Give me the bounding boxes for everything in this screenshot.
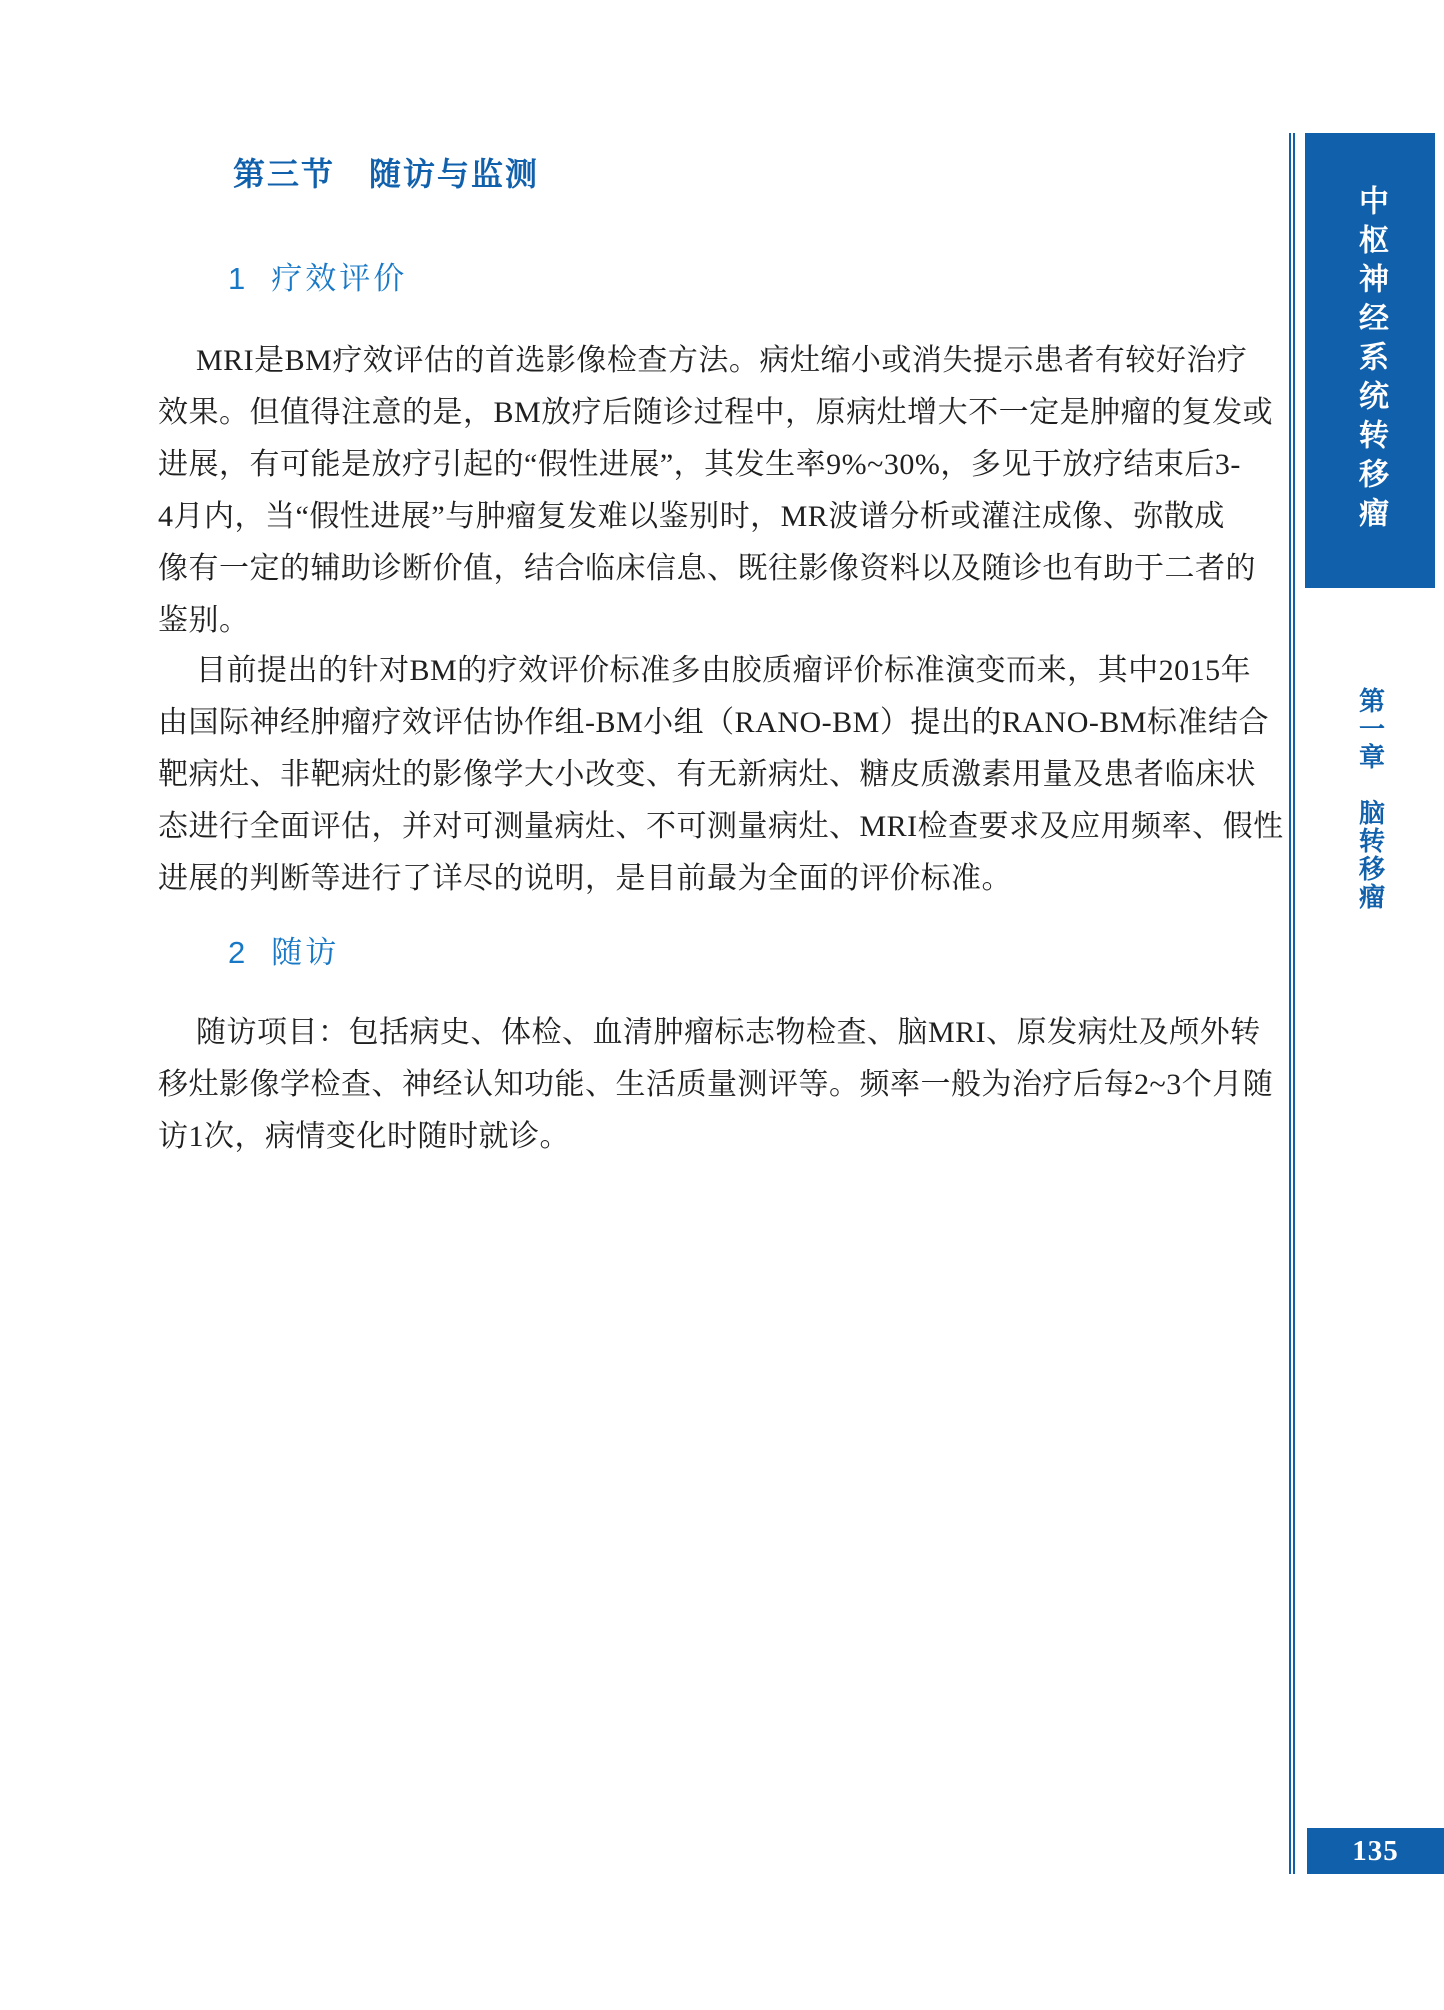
paragraph-line: MRI是BM疗效评估的首选影像检查方法。病灶缩小或消失提示患者有较好治疗 <box>158 343 1296 379</box>
subsection-label: 随访 <box>271 936 339 970</box>
chapter-label-text: 第一章 脑转移瘤 <box>1352 687 1389 912</box>
document-page: 第三节 随访与监测 1疗效评价 MRI是BM疗效评估的首选影像检查方法。病灶缩小… <box>0 0 1444 2010</box>
section-title: 第三节 随访与监测 <box>233 156 539 192</box>
subsection-number: 2 <box>228 936 245 970</box>
sidebar-part-tab: 中枢神经系统转移瘤 <box>1305 133 1435 588</box>
subsection-heading-1: 1疗效评价 <box>228 262 407 296</box>
page-number: 135 <box>1352 1835 1399 1868</box>
margin-rule <box>1289 133 1295 1874</box>
paragraph-line: 进展，有可能是放疗引起的“假性进展”，其发生率9%~30%，多见于放疗结束后3- <box>158 447 1258 483</box>
paragraph-line: 进展的判断等进行了详尽的说明，是目前最为全面的评价标准。 <box>158 861 1258 897</box>
sidebar-part-label: 中枢神经系统转移瘤 <box>1348 185 1392 536</box>
page-number-box: 135 <box>1307 1828 1444 1874</box>
paragraph-line: 4月内，当“假性进展”与肿瘤复发难以鉴别时，MR波谱分析或灌注成像、弥散成 <box>158 499 1258 535</box>
paragraph-line: 目前提出的针对BM的疗效评价标准多由胶质瘤评价标准演变而来，其中2015年 <box>158 653 1296 689</box>
paragraph-line: 由国际神经肿瘤疗效评估协作组-BM小组（RANO-BM）提出的RANO-BM标准… <box>158 705 1258 741</box>
subsection-heading-2: 2随访 <box>228 936 339 970</box>
sidebar-chapter-label: 第一章 脑转移瘤 <box>1305 687 1435 912</box>
paragraph-line: 效果。但值得注意的是，BM放疗后随诊过程中，原病灶增大不一定是肿瘤的复发或 <box>158 395 1258 431</box>
paragraph-line: 态进行全面评估，并对可测量病灶、不可测量病灶、MRI检查要求及应用频率、假性 <box>158 809 1258 845</box>
paragraph-line: 像有一定的辅助诊断价值，结合临床信息、既往影像资料以及随诊也有助于二者的 <box>158 551 1258 587</box>
paragraph-line: 随访项目：包括病史、体检、血清肿瘤标志物检查、脑MRI、原发病灶及颅外转 <box>158 1015 1296 1051</box>
paragraph-line: 移灶影像学检查、神经认知功能、生活质量测评等。频率一般为治疗后每2~3个月随 <box>158 1067 1258 1103</box>
paragraph-line: 鉴别。 <box>158 603 1258 639</box>
subsection-number: 1 <box>228 262 245 296</box>
paragraph-line: 靶病灶、非靶病灶的影像学大小改变、有无新病灶、糖皮质激素用量及患者临床状 <box>158 757 1258 793</box>
subsection-label: 疗效评价 <box>271 262 407 296</box>
paragraph-line: 访1次，病情变化时随时就诊。 <box>158 1119 1258 1155</box>
